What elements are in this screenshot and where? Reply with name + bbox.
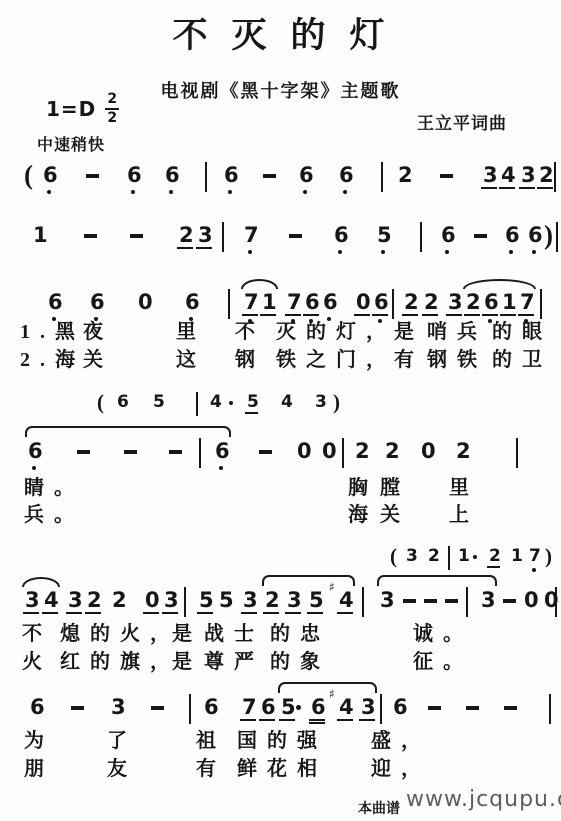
note-digit: 6	[484, 292, 499, 313]
eighth-underline	[481, 187, 497, 189]
barline	[516, 438, 518, 468]
sheet-music-page: 不灭的灯 电视剧《黑十字架》主题歌 1=D 2 2 王立平词曲 中速稍快 (66…	[0, 0, 561, 821]
duration-dash	[289, 234, 302, 238]
duration-dash	[151, 706, 164, 710]
note-digit: 3	[198, 225, 213, 246]
eighth-underline	[240, 719, 256, 721]
note-digit: 2	[466, 292, 481, 313]
note-digit: 5	[199, 590, 214, 611]
note-digit: 2	[265, 590, 280, 611]
barline	[420, 222, 422, 252]
barline	[381, 162, 383, 192]
lyric-syllable: 熄的火，	[60, 622, 180, 646]
eighth-underline	[422, 314, 438, 316]
note-digit: 3	[68, 590, 83, 611]
note-digit: 6	[117, 394, 129, 411]
note-digit: 2	[112, 590, 127, 611]
note-digit: 3	[287, 590, 302, 611]
note-digit: 6	[339, 165, 354, 186]
barline	[184, 587, 186, 617]
lyric-syllable: 红的旗，	[60, 650, 180, 674]
low-octave-dot	[532, 568, 536, 572]
duration-dash	[263, 174, 276, 178]
note-digit: 2	[179, 225, 194, 246]
note-digit: 3	[483, 165, 498, 186]
lyric-syllable: 灭的灯，	[276, 320, 396, 344]
duration-dash	[424, 599, 437, 603]
lyric-syllable: 鲜花相	[237, 757, 327, 781]
eighth-underline	[482, 314, 498, 316]
note-digit: 3	[380, 590, 395, 611]
barline	[556, 222, 558, 252]
parenthesis: )	[544, 222, 553, 249]
lyric-syllable: 里	[176, 320, 206, 344]
lyric-syllable: 战士	[204, 622, 264, 646]
note-digit: 3	[361, 697, 376, 718]
lyric-syllable: 里	[449, 476, 479, 500]
note-digit: 5	[281, 697, 296, 718]
notation-line: (66666623432	[0, 165, 561, 201]
low-octave-dot	[219, 466, 223, 470]
note-digit: 2	[489, 548, 501, 565]
tempo-marking: 中速稍快	[37, 132, 105, 155]
note-digit: 5	[247, 394, 259, 411]
note-digit: 6	[165, 165, 180, 186]
lyric-syllable: 的象	[270, 650, 330, 674]
lyric-syllable: 关	[380, 503, 410, 527]
lyric-syllable: 哨兵	[427, 320, 487, 344]
note-digit: 6	[305, 292, 320, 313]
note-digit: 3	[25, 590, 40, 611]
lyric-syllable: 是	[172, 650, 202, 674]
lyric-syllable: 为	[24, 729, 54, 753]
note-digit: 5	[309, 590, 324, 611]
note-digit: 4	[501, 165, 516, 186]
barline	[222, 222, 224, 252]
eighth-underline	[500, 314, 516, 316]
lyric-syllable: 胸	[348, 476, 378, 500]
eighth-underline	[245, 412, 258, 414]
note-digit: 3	[481, 590, 496, 611]
lyrics-line: 为了祖国的强盛，	[0, 729, 561, 757]
note-digit: 6	[261, 697, 276, 718]
eighth-underline	[402, 314, 418, 316]
lyric-syllable: 上	[449, 503, 479, 527]
eighth-underline	[196, 247, 212, 249]
note-digit: 1	[511, 548, 523, 565]
lyrics-line: 兵。海关上	[0, 503, 561, 531]
lyric-syllable: 这	[176, 348, 206, 372]
duration-dash	[169, 450, 182, 454]
lyric-syllable: 夜	[83, 320, 113, 344]
eighth-underline	[177, 247, 193, 249]
lyric-syllable: 睛。	[24, 476, 84, 500]
eighth-underline	[537, 187, 553, 189]
note-digit: 1	[262, 292, 277, 313]
eighth-underline	[303, 314, 319, 316]
lyric-syllable: 的眼	[492, 320, 552, 344]
augmentation-dot	[296, 705, 301, 710]
duration-dash	[440, 174, 453, 178]
eighth-underline	[285, 612, 301, 614]
eighth-underline	[42, 612, 58, 614]
eighth-underline	[242, 314, 258, 316]
duration-dash	[259, 450, 272, 454]
duration-dash	[503, 599, 516, 603]
eighth-underline	[259, 719, 275, 721]
lyric-syllable: 尊严	[204, 650, 264, 674]
lyric-syllable: 钢	[235, 348, 265, 372]
note-digit: 0	[297, 441, 312, 462]
note-digit: 6	[43, 165, 58, 186]
lyric-syllable: 关	[83, 348, 113, 372]
lyrics-line: 1.黑夜里不灭的灯，是哨兵的眼	[0, 320, 561, 348]
note-digit: 5	[377, 225, 392, 246]
note-digit: 6	[224, 165, 239, 186]
duration-dash	[466, 706, 479, 710]
lyric-syllable: 不	[235, 320, 265, 344]
low-octave-dot	[47, 190, 51, 194]
barline	[466, 587, 468, 617]
note-digit: 0	[145, 590, 160, 611]
barline	[448, 546, 450, 570]
low-octave-dot	[343, 190, 347, 194]
barline	[540, 289, 542, 319]
note-digit: 1	[33, 225, 48, 246]
low-octave-dot	[338, 250, 342, 254]
note-digit: 6	[127, 165, 142, 186]
lyrics-line: 火红的旗，是尊严的象征。	[0, 650, 561, 678]
note-digit: 4	[44, 590, 59, 611]
eighth-underline	[241, 612, 257, 614]
note-digit: 2	[355, 441, 370, 462]
meter-numerator: 2	[107, 92, 117, 106]
composer-credit: 王立平词曲	[417, 109, 507, 134]
eighth-underline	[309, 722, 325, 724]
duration-dash	[403, 599, 416, 603]
note-digit: 4♯	[339, 697, 354, 718]
note-digit: 2	[424, 292, 439, 313]
duration-dash	[428, 706, 441, 710]
barline	[189, 694, 191, 724]
note-digit: 6	[215, 441, 230, 462]
note-digit: 3	[315, 394, 327, 411]
eighth-underline	[309, 719, 325, 721]
note-digit: 3	[448, 292, 463, 313]
note-digit: 7	[244, 225, 259, 246]
lyric-syllable: 祖	[196, 729, 226, 753]
note-digit: 6	[441, 225, 456, 246]
note-digit: 7	[529, 548, 541, 565]
lyric-syllable: 了	[107, 729, 137, 753]
duration-dash	[77, 450, 90, 454]
lyric-syllable: 火	[22, 650, 52, 674]
note-digit: 2	[456, 441, 471, 462]
low-octave-dot	[248, 250, 252, 254]
lyric-syllable: 盛，	[371, 729, 431, 753]
note-digit: 6	[323, 292, 338, 313]
lyric-syllable: 2.海	[20, 348, 85, 372]
low-octave-dot	[303, 190, 307, 194]
footer-label: 本曲谱	[358, 798, 400, 818]
note-digit: 6	[204, 697, 219, 718]
lyric-syllable: 征。	[413, 650, 473, 674]
duration-dash	[71, 706, 84, 710]
note-digit: 6	[90, 292, 105, 313]
eighth-underline	[285, 314, 301, 316]
lyrics-line: 2.海关这钢铁之门，有钢铁的卫	[0, 348, 561, 376]
eighth-underline	[499, 187, 515, 189]
note-digit: 4	[210, 394, 222, 411]
eighth-underline	[23, 612, 39, 614]
lyric-syllable: 迎，	[371, 757, 431, 781]
barline	[392, 289, 394, 319]
low-octave-dot	[445, 250, 449, 254]
key-signature: 1=D 2 2	[46, 92, 119, 125]
barline	[362, 587, 364, 617]
slur-arc	[377, 575, 497, 586]
note-digit: 2	[404, 292, 419, 313]
note-digit: 3	[164, 590, 179, 611]
eighth-underline	[260, 314, 276, 316]
note-digit: 2	[87, 590, 102, 611]
eighth-underline	[446, 314, 462, 316]
low-octave-dot	[32, 466, 36, 470]
parenthesis: (	[97, 392, 104, 413]
lyric-syllable: 有	[196, 757, 226, 781]
slur-arc	[463, 279, 536, 289]
lyric-syllable: 诚。	[413, 622, 473, 646]
eighth-underline	[85, 612, 101, 614]
low-octave-dot	[532, 250, 536, 254]
eighth-underline	[307, 612, 323, 614]
lyric-syllable: 国的强	[237, 729, 327, 753]
lyric-syllable: 友	[107, 757, 137, 781]
lyric-syllable: 朋	[24, 757, 54, 781]
barline	[554, 162, 556, 192]
note-digit: 5	[153, 394, 165, 411]
note-digit: 3	[406, 548, 418, 565]
duration-dash	[130, 234, 143, 238]
note-digit: 6	[334, 225, 349, 246]
low-octave-dot	[131, 190, 135, 194]
eighth-underline	[372, 314, 388, 316]
note-digit: 2	[385, 441, 400, 462]
parenthesis: )	[545, 546, 552, 567]
barline	[380, 694, 382, 724]
lyric-syllable: 是	[394, 320, 424, 344]
barline	[196, 392, 198, 416]
note-digit: 4♯	[339, 590, 354, 611]
lyrics-line: 睛。胸膛里	[0, 476, 561, 504]
lyric-syllable: 铁之门，	[276, 348, 396, 372]
barline	[342, 438, 344, 468]
note-digit: 3	[243, 590, 258, 611]
barline	[555, 587, 557, 617]
duration-dash	[445, 599, 458, 603]
lyric-syllable: 是	[172, 622, 202, 646]
duration-dash	[504, 706, 517, 710]
lyric-syllable: 膛	[380, 476, 410, 500]
note-digit: 0	[356, 292, 371, 313]
eighth-underline	[359, 719, 375, 721]
note-digit: 2	[398, 165, 413, 186]
barline	[549, 694, 551, 724]
note-digit: 3	[111, 697, 126, 718]
meter-denominator: 2	[107, 111, 117, 125]
augmentation-dot	[473, 555, 477, 559]
eighth-underline	[162, 612, 178, 614]
note-digit: 0	[138, 292, 153, 313]
duration-dash	[84, 234, 97, 238]
note-digit: 6	[311, 697, 326, 718]
eighth-underline	[337, 719, 353, 721]
note-digit: 2	[428, 548, 440, 565]
slur-arc	[278, 682, 377, 693]
slur-arc	[25, 426, 231, 437]
barline	[228, 289, 230, 319]
lyric-syllable: 的忠	[270, 622, 330, 646]
notation-line: 63676564♯36	[0, 697, 561, 733]
note-digit: 0	[322, 441, 337, 462]
augmentation-dot	[229, 401, 233, 405]
duration-dash	[474, 234, 487, 238]
lyric-syllable: 钢铁	[427, 348, 487, 372]
note-digit: 6	[528, 225, 543, 246]
eighth-underline	[337, 612, 353, 614]
eighth-underline	[464, 314, 480, 316]
eighth-underline	[518, 314, 534, 316]
note-digit: 2	[539, 165, 554, 186]
lyric-syllable: 的卫	[492, 348, 552, 372]
notation-line: 66002202	[0, 441, 561, 477]
eighth-underline	[487, 566, 500, 568]
key-label: 1=D	[46, 97, 96, 121]
eighth-underline	[143, 612, 159, 614]
note-digit: 7	[287, 292, 302, 313]
lyrics-line: 不熄的火，是战士的忠诚。	[0, 622, 561, 650]
lyric-syllable: 不	[22, 622, 52, 646]
time-signature: 2 2	[105, 92, 119, 125]
note-digit: 7	[244, 292, 259, 313]
parenthesis: )	[333, 392, 340, 413]
eighth-underline	[66, 612, 82, 614]
low-octave-dot	[381, 250, 385, 254]
lyrics-line: 朋友有鲜花相迎，	[0, 757, 561, 785]
slur-arc	[241, 279, 278, 289]
eighth-underline	[519, 187, 535, 189]
note-digit: 3	[521, 165, 536, 186]
low-octave-dot	[169, 190, 173, 194]
duration-dash	[124, 450, 137, 454]
lyric-syllable: 1.黑	[20, 320, 85, 344]
note-digit: 0	[524, 590, 539, 611]
parenthesis: (	[24, 162, 33, 189]
lyric-syllable: 兵。	[24, 503, 84, 527]
note-digit: 6	[30, 697, 45, 718]
parenthesis: (	[390, 546, 397, 567]
eighth-underline	[279, 719, 295, 721]
slur-arc	[262, 575, 355, 586]
note-digit: 6	[185, 292, 200, 313]
note-digit: 6	[299, 165, 314, 186]
footer-site-url: www.jcqupu.com	[406, 787, 561, 812]
song-title: 不灭的灯	[0, 8, 561, 58]
eighth-underline	[354, 314, 370, 316]
low-octave-dot	[228, 190, 232, 194]
notation-line: (654543)	[0, 394, 561, 430]
lyric-syllable: 有	[394, 348, 424, 372]
notation-line: 34322035532354♯3300	[0, 590, 561, 626]
note-digit: 6	[393, 697, 408, 718]
note-digit: 7	[242, 697, 257, 718]
note-digit: 0	[421, 441, 436, 462]
note-digit: 6	[374, 292, 389, 313]
duration-dash	[86, 174, 99, 178]
notation-line: 123765666)	[0, 225, 561, 261]
note-digit: 6	[48, 292, 63, 313]
note-digit: 6	[505, 225, 520, 246]
barline	[205, 162, 207, 192]
note-digit: 6	[28, 441, 43, 462]
low-octave-dot	[509, 250, 513, 254]
eighth-underline	[197, 612, 213, 614]
lyric-syllable: 海	[348, 503, 378, 527]
note-digit: 1	[502, 292, 517, 313]
note-digit: 1	[458, 548, 470, 565]
note-digit: 7	[520, 292, 535, 313]
note-digit: 4	[281, 394, 293, 411]
note-digit: 5	[219, 590, 234, 611]
eighth-underline	[263, 612, 279, 614]
barline	[199, 438, 201, 468]
